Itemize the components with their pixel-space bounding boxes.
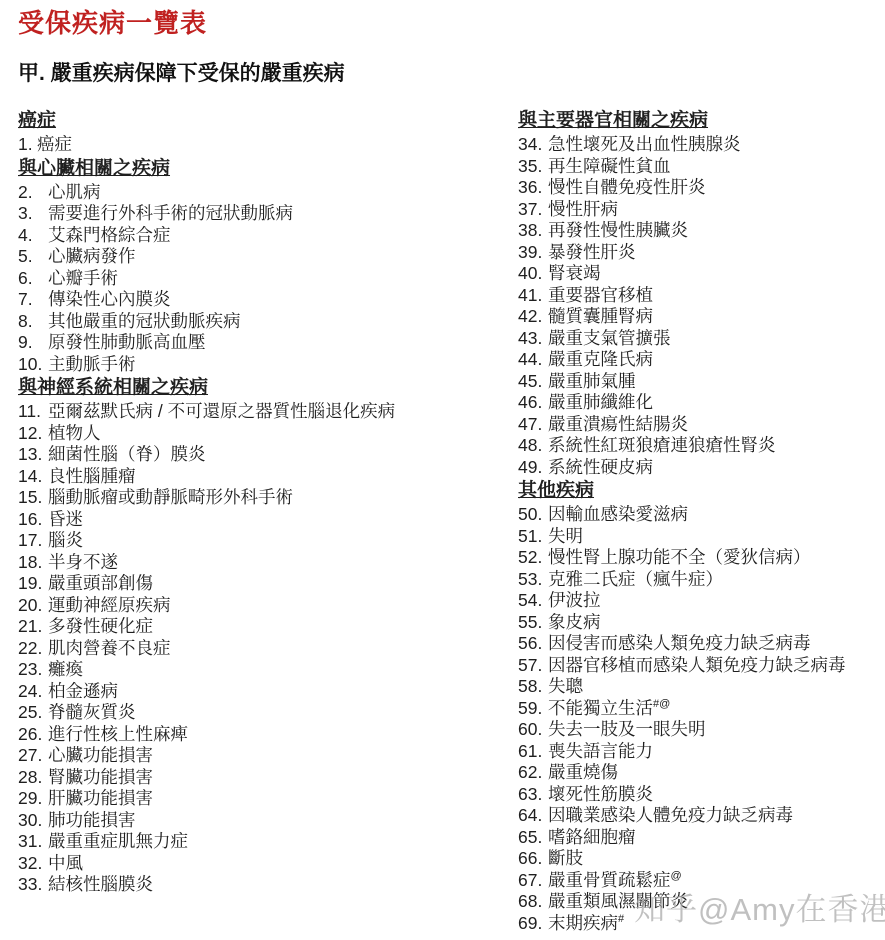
disease-list-item: 21.多發性硬化症 — [18, 616, 518, 638]
item-text: 嗜鉻細胞瘤 — [548, 827, 636, 849]
item-number: 45. — [518, 371, 548, 393]
disease-list-item: 54.伊波拉 — [518, 590, 867, 612]
disease-list-item: 5.心臟病發作 — [18, 246, 518, 268]
item-text: 良性腦腫瘤 — [48, 466, 136, 488]
item-text: 系統性紅斑狼瘡連狼瘡性腎炎 — [548, 435, 776, 457]
item-text: 慢性腎上腺功能不全（愛狄信病） — [548, 547, 811, 569]
item-text: 因輸血感染愛滋病 — [548, 504, 688, 526]
item-text: 嚴重肺氣腫 — [548, 371, 636, 393]
item-text: 克雅二氏症（瘋牛症） — [548, 569, 723, 591]
item-text: 髓質囊腫腎病 — [548, 306, 653, 328]
item-number: 5. — [18, 246, 48, 268]
item-number: 4. — [18, 225, 48, 247]
item-text: 嚴重類風濕關節炎 — [548, 891, 688, 913]
item-text: 失明 — [548, 526, 583, 548]
disease-list-item: 46.嚴重肺纖維化 — [518, 392, 867, 414]
item-number: 13. — [18, 444, 48, 466]
item-text: 再發性慢性胰臟炎 — [548, 220, 688, 242]
disease-list-item: 58.失聰 — [518, 676, 867, 698]
item-number: 29. — [18, 788, 48, 810]
item-number: 58. — [518, 676, 548, 698]
disease-list-item: 65.嗜鉻細胞瘤 — [518, 827, 867, 849]
item-number: 54. — [518, 590, 548, 612]
item-text: 重要器官移植 — [548, 285, 653, 307]
item-number: 52. — [518, 547, 548, 569]
item-text: 腎衰竭 — [548, 263, 601, 285]
item-number: 2. — [18, 182, 48, 204]
section-a-heading: 甲. 嚴重疾病保障下受保的嚴重疾病 — [18, 62, 885, 86]
disease-list-item: 33.結核性腦膜炎 — [18, 874, 518, 896]
item-number: 66. — [518, 848, 548, 870]
item-number: 55. — [518, 612, 548, 634]
item-number: 15. — [18, 487, 48, 509]
item-text: 心肌病 — [48, 182, 101, 204]
disease-list-item: 64.因職業感染人體免疫力缺乏病毒 — [518, 805, 867, 827]
item-text: 昏迷 — [48, 509, 83, 531]
item-text: 艾森門格綜合症 — [48, 225, 171, 247]
item-text: 肌肉營養不良症 — [48, 638, 171, 660]
disease-list-item: 11.亞爾茲默氏病 / 不可還原之器質性腦退化疾病 — [18, 401, 518, 423]
section-heading: 與神經系統相關之疾病 — [18, 377, 208, 399]
item-text: 柏金遜病 — [48, 681, 118, 703]
item-number: 25. — [18, 702, 48, 724]
item-number: 53. — [518, 569, 548, 591]
disease-list-column-right: 與主要器官相關之疾病34.急性壞死及出血性胰腺炎35.再生障礙性貧血36.慢性自… — [518, 108, 867, 934]
item-text: 慢性自體免疫性肝炎 — [548, 177, 706, 199]
item-number: 30. — [18, 810, 48, 832]
item-text: 嚴重重症肌無力症 — [48, 831, 188, 853]
item-text: 嚴重克隆氏病 — [548, 349, 653, 371]
item-text: 需要進行外科手術的冠狀動脈病 — [48, 203, 293, 225]
disease-list-item: 29.肝臟功能損害 — [18, 788, 518, 810]
disease-list-item: 37.慢性肝病 — [518, 199, 867, 221]
item-text: 腎臟功能損害 — [48, 767, 153, 789]
item-number: 49. — [518, 457, 548, 479]
disease-list-item: 3.需要進行外科手術的冠狀動脈病 — [18, 203, 518, 225]
item-number: 28. — [18, 767, 48, 789]
item-number: 40. — [518, 263, 548, 285]
disease-list-item: 6.心瓣手術 — [18, 268, 518, 290]
item-text: 亞爾茲默氏病 / 不可還原之器質性腦退化疾病 — [48, 401, 395, 423]
covered-diseases-document: 受保疾病一覽表 甲. 嚴重疾病保障下受保的嚴重疾病 癌症1.癌症與心臟相關之疾病… — [0, 0, 885, 940]
disease-list-item: 20.運動神經原疾病 — [18, 595, 518, 617]
disease-list-item: 13.細菌性腦（脊）膜炎 — [18, 444, 518, 466]
item-number: 34. — [518, 134, 548, 156]
item-number: 31. — [18, 831, 48, 853]
item-number: 44. — [518, 349, 548, 371]
item-number: 42. — [518, 306, 548, 328]
disease-list-item: 47.嚴重潰瘍性結腸炎 — [518, 414, 867, 436]
disease-list-item: 49.系統性硬皮病 — [518, 457, 867, 479]
item-number: 10. — [18, 354, 48, 376]
section-heading: 癌症 — [18, 110, 56, 132]
disease-list-item: 68.嚴重類風濕關節炎 — [518, 891, 867, 913]
disease-list-item: 60.失去一肢及一眼失明 — [518, 719, 867, 741]
disease-list-item: 44.嚴重克隆氏病 — [518, 349, 867, 371]
disease-list-item: 59.不能獨立生活#@ — [518, 698, 867, 720]
item-text: 心瓣手術 — [48, 268, 118, 290]
item-text: 因器官移植而感染人類免疫力缺乏病毒 — [548, 655, 846, 677]
item-text: 原發性肺動脈高血壓 — [48, 332, 206, 354]
item-text: 系統性硬皮病 — [548, 457, 653, 479]
item-text: 再生障礙性貧血 — [548, 156, 671, 178]
disease-list-item: 42.髓質囊腫腎病 — [518, 306, 867, 328]
item-text: 失聰 — [548, 676, 583, 698]
disease-list-item: 48.系統性紅斑狼瘡連狼瘡性腎炎 — [518, 435, 867, 457]
item-text: 結核性腦膜炎 — [48, 874, 153, 896]
item-text: 主動脈手術 — [48, 354, 136, 376]
item-number: 51. — [518, 526, 548, 548]
item-number: 39. — [518, 242, 548, 264]
item-text: 進行性核上性麻痺 — [48, 724, 188, 746]
disease-list-item: 4.艾森門格綜合症 — [18, 225, 518, 247]
disease-list-item: 36.慢性自體免疫性肝炎 — [518, 177, 867, 199]
item-text: 心臟病發作 — [48, 246, 136, 268]
disease-list-item: 45.嚴重肺氣腫 — [518, 371, 867, 393]
disease-list-item: 34.急性壞死及出血性胰腺炎 — [518, 134, 867, 156]
section-heading: 與主要器官相關之疾病 — [518, 110, 708, 132]
disease-list-item: 52.慢性腎上腺功能不全（愛狄信病） — [518, 547, 867, 569]
item-number: 59. — [518, 698, 548, 720]
disease-list-item: 16.昏迷 — [18, 509, 518, 531]
item-text: 象皮病 — [548, 612, 601, 634]
disease-list-item: 8.其他嚴重的冠狀動脈疾病 — [18, 311, 518, 333]
disease-list-item: 39.暴發性肝炎 — [518, 242, 867, 264]
disease-list-item: 69.末期疾病# — [518, 913, 867, 935]
item-number: 7. — [18, 289, 48, 311]
item-number: 11. — [18, 401, 48, 423]
page-title: 受保疾病一覽表 — [18, 8, 885, 38]
item-text: 嚴重支氣管擴張 — [548, 328, 671, 350]
item-number: 43. — [518, 328, 548, 350]
item-text: 半身不遂 — [48, 552, 118, 574]
item-number: 57. — [518, 655, 548, 677]
item-text: 植物人 — [48, 423, 101, 445]
item-text: 心臟功能損害 — [48, 745, 153, 767]
disease-list-item: 53.克雅二氏症（瘋牛症） — [518, 569, 867, 591]
item-number: 33. — [18, 874, 48, 896]
item-number: 69. — [518, 913, 548, 935]
item-text: 肝臟功能損害 — [48, 788, 153, 810]
item-number: 63. — [518, 784, 548, 806]
item-text: 嚴重骨質疏鬆症@ — [548, 870, 682, 892]
disease-list-item: 61.喪失語言能力 — [518, 741, 867, 763]
disease-list-item: 15.腦動脈瘤或動靜脈畸形外科手術 — [18, 487, 518, 509]
item-text: 末期疾病# — [548, 913, 624, 935]
item-text: 脊髓灰質炎 — [48, 702, 136, 724]
disease-list-item: 9.原發性肺動脈高血壓 — [18, 332, 518, 354]
item-text: 中風 — [48, 853, 83, 875]
item-text: 壞死性筋膜炎 — [548, 784, 653, 806]
disease-list-item: 43.嚴重支氣管擴張 — [518, 328, 867, 350]
item-text: 因職業感染人體免疫力缺乏病毒 — [548, 805, 793, 827]
disease-list-item: 14.良性腦腫瘤 — [18, 466, 518, 488]
item-number: 19. — [18, 573, 48, 595]
disease-list-item: 62.嚴重燒傷 — [518, 762, 867, 784]
disease-list-item: 35.再生障礙性貧血 — [518, 156, 867, 178]
item-number: 56. — [518, 633, 548, 655]
item-number: 64. — [518, 805, 548, 827]
item-number: 1. — [18, 134, 37, 156]
disease-list-item: 19.嚴重頭部創傷 — [18, 573, 518, 595]
disease-list-item: 7.傳染性心內膜炎 — [18, 289, 518, 311]
disease-list-item: 56.因侵害而感染人類免疫力缺乏病毒 — [518, 633, 867, 655]
item-text: 多發性硬化症 — [48, 616, 153, 638]
disease-list-item: 41.重要器官移植 — [518, 285, 867, 307]
item-text: 肺功能損害 — [48, 810, 136, 832]
section-heading: 其他疾病 — [518, 480, 594, 502]
item-number: 60. — [518, 719, 548, 741]
item-number: 61. — [518, 741, 548, 763]
item-number: 36. — [518, 177, 548, 199]
item-number: 23. — [18, 659, 48, 681]
disease-list-item: 32.中風 — [18, 853, 518, 875]
item-text: 因侵害而感染人類免疫力缺乏病毒 — [548, 633, 811, 655]
item-number: 27. — [18, 745, 48, 767]
disease-list-item: 40.腎衰竭 — [518, 263, 867, 285]
item-number: 9. — [18, 332, 48, 354]
item-number: 17. — [18, 530, 48, 552]
disease-list-item: 22.肌肉營養不良症 — [18, 638, 518, 660]
disease-list-item: 18.半身不遂 — [18, 552, 518, 574]
item-number: 21. — [18, 616, 48, 638]
item-number: 37. — [518, 199, 548, 221]
item-number: 20. — [18, 595, 48, 617]
disease-list-item: 26.進行性核上性麻痺 — [18, 724, 518, 746]
disease-list-item: 2.心肌病 — [18, 182, 518, 204]
item-number: 12. — [18, 423, 48, 445]
item-text: 細菌性腦（脊）膜炎 — [48, 444, 206, 466]
item-text: 慢性肝病 — [548, 199, 618, 221]
item-footnote-marker: # — [618, 913, 624, 925]
disease-list-item: 38.再發性慢性胰臟炎 — [518, 220, 867, 242]
item-number: 35. — [518, 156, 548, 178]
disease-list-item: 67.嚴重骨質疏鬆症@ — [518, 870, 867, 892]
item-number: 47. — [518, 414, 548, 436]
item-text: 腦動脈瘤或動靜脈畸形外科手術 — [48, 487, 293, 509]
disease-list-item: 57.因器官移植而感染人類免疫力缺乏病毒 — [518, 655, 867, 677]
item-number: 46. — [518, 392, 548, 414]
disease-list-item: 12.植物人 — [18, 423, 518, 445]
item-text: 暴發性肝炎 — [548, 242, 636, 264]
item-number: 41. — [518, 285, 548, 307]
item-number: 6. — [18, 268, 48, 290]
disease-list-item: 27.心臟功能損害 — [18, 745, 518, 767]
disease-list-item: 24.柏金遜病 — [18, 681, 518, 703]
disease-list-columns: 癌症1.癌症與心臟相關之疾病2.心肌病3.需要進行外科手術的冠狀動脈病4.艾森門… — [18, 108, 885, 934]
item-number: 18. — [18, 552, 48, 574]
item-number: 8. — [18, 311, 48, 333]
item-number: 26. — [18, 724, 48, 746]
disease-list-item: 63.壞死性筋膜炎 — [518, 784, 867, 806]
item-number: 32. — [18, 853, 48, 875]
item-number: 68. — [518, 891, 548, 913]
item-text: 嚴重頭部創傷 — [48, 573, 153, 595]
item-text: 不能獨立生活#@ — [548, 698, 670, 720]
item-number: 38. — [518, 220, 548, 242]
item-text: 喪失語言能力 — [548, 741, 653, 763]
item-text: 失去一肢及一眼失明 — [548, 719, 706, 741]
item-number: 50. — [518, 504, 548, 526]
item-footnote-marker: #@ — [653, 698, 670, 710]
item-text: 運動神經原疾病 — [48, 595, 171, 617]
item-text: 嚴重肺纖維化 — [548, 392, 653, 414]
item-text: 斷肢 — [548, 848, 583, 870]
item-text: 嚴重潰瘍性結腸炎 — [548, 414, 688, 436]
item-number: 65. — [518, 827, 548, 849]
item-text: 癱瘓 — [48, 659, 83, 681]
item-text: 伊波拉 — [548, 590, 601, 612]
disease-list-item: 23.癱瘓 — [18, 659, 518, 681]
item-number: 16. — [18, 509, 48, 531]
disease-list-column-left: 癌症1.癌症與心臟相關之疾病2.心肌病3.需要進行外科手術的冠狀動脈病4.艾森門… — [18, 108, 518, 934]
item-text: 癌症 — [37, 134, 72, 156]
disease-list-item: 25.脊髓灰質炎 — [18, 702, 518, 724]
item-number: 24. — [18, 681, 48, 703]
item-number: 14. — [18, 466, 48, 488]
disease-list-item: 10.主動脈手術 — [18, 354, 518, 376]
disease-list-item: 55.象皮病 — [518, 612, 867, 634]
item-text: 傳染性心內膜炎 — [48, 289, 171, 311]
disease-list-item: 31.嚴重重症肌無力症 — [18, 831, 518, 853]
item-number: 67. — [518, 870, 548, 892]
disease-list-item: 51.失明 — [518, 526, 867, 548]
item-number: 48. — [518, 435, 548, 457]
item-number: 22. — [18, 638, 48, 660]
disease-list-item: 66.斷肢 — [518, 848, 867, 870]
disease-list-item: 50.因輸血感染愛滋病 — [518, 504, 867, 526]
item-footnote-marker: @ — [671, 870, 682, 882]
disease-list-item: 28.腎臟功能損害 — [18, 767, 518, 789]
item-text: 腦炎 — [48, 530, 83, 552]
item-text: 嚴重燒傷 — [548, 762, 618, 784]
item-text: 其他嚴重的冠狀動脈疾病 — [48, 311, 241, 333]
item-number: 3. — [18, 203, 48, 225]
disease-list-item: 17.腦炎 — [18, 530, 518, 552]
section-heading: 與心臟相關之疾病 — [18, 158, 170, 180]
disease-list-item: 1.癌症 — [18, 134, 518, 156]
item-text: 急性壞死及出血性胰腺炎 — [548, 134, 741, 156]
item-number: 62. — [518, 762, 548, 784]
disease-list-item: 30.肺功能損害 — [18, 810, 518, 832]
